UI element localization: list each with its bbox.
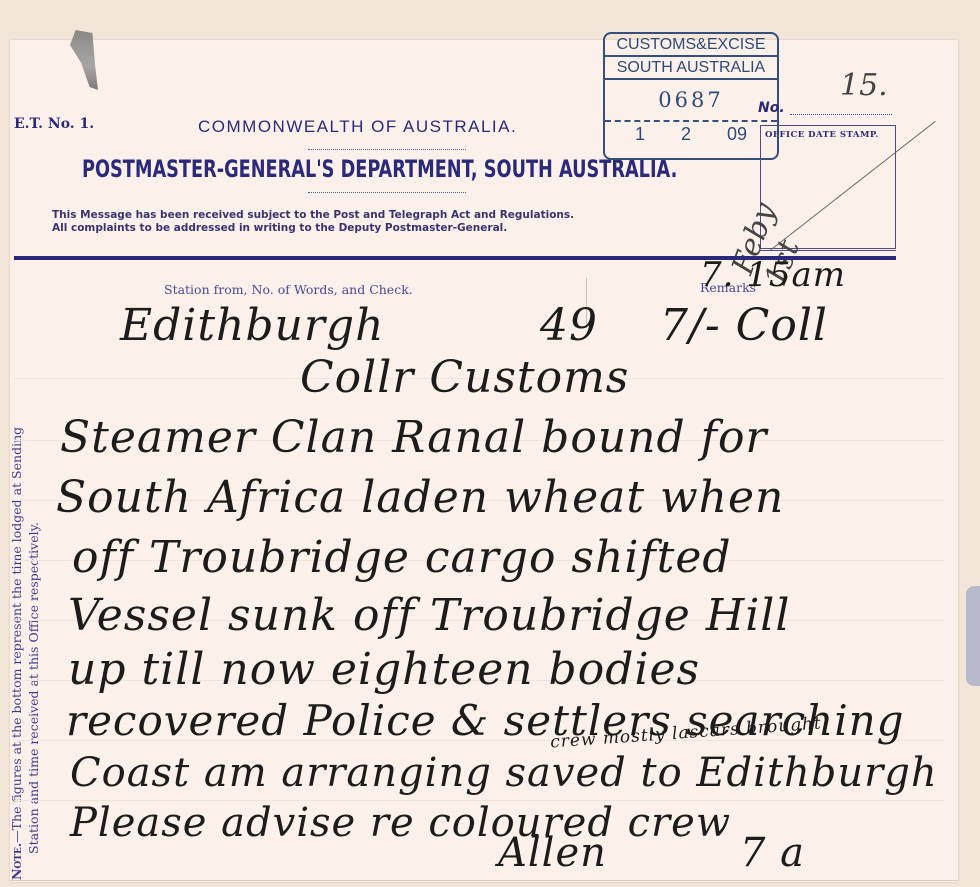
side-note: Note.—The figures at the bottom represen… (8, 427, 42, 880)
customs-stamp-date: 1 2 09 (605, 122, 777, 145)
notice-line-2: All complaints to be addressed in writin… (52, 222, 574, 235)
number-dotted-line (790, 114, 892, 115)
side-note-line2: Station and time received at this Office… (25, 427, 42, 880)
customs-stamp-month: 2 (681, 124, 691, 145)
form-number: E.T. No. 1. (14, 116, 94, 132)
customs-stamp: CUSTOMS&EXCISE SOUTH AUSTRALIA 0687 1 2 … (603, 32, 779, 160)
heading-divider-top (308, 149, 466, 152)
office-date-stamp-box: OFFICE DATE STAMP. Feby 1st (760, 125, 896, 249)
legal-notice: This Message has been received subject t… (52, 209, 574, 235)
received-time: 7 a (740, 830, 805, 876)
office-date-stamp-label: OFFICE DATE STAMP. (765, 130, 879, 140)
customs-stamp-day: 1 (635, 124, 645, 145)
message-line: Coast am arranging saved to Edithburgh (70, 750, 938, 796)
customs-stamp-line1: CUSTOMS&EXCISE (605, 34, 777, 57)
station-field-label: Station from, No. of Words, and Check. (164, 282, 413, 297)
remarks-time: 7. 15am (700, 255, 846, 295)
message-signature: Allen (498, 830, 607, 876)
side-note-title: Note. (9, 843, 24, 880)
department-heading: POSTMASTER-GENERAL'S DEPARTMENT, SOUTH A… (82, 155, 677, 183)
number-label: No. (758, 100, 785, 116)
message-line: Please advise re coloured crew (70, 800, 731, 846)
message-station: Edithburgh (120, 300, 384, 351)
message-line: off Troubridge cargo shifted (72, 532, 732, 583)
government-heading: COMMONWEALTH OF AUSTRALIA. (198, 117, 517, 137)
message-word-count: 49 (540, 300, 598, 351)
date-box-underline (760, 250, 896, 251)
message-line: South Africa laden wheat when (56, 472, 784, 523)
customs-stamp-year: 09 (727, 124, 747, 145)
number-value: 15. (840, 68, 888, 103)
message-line: up till now eighteen bodies (68, 644, 700, 695)
notice-line-1: This Message has been received subject t… (52, 209, 574, 222)
heading-divider-bottom (308, 192, 466, 195)
customs-stamp-line2: SOUTH AUSTRALIA (605, 57, 777, 80)
customs-stamp-number: 0687 (605, 80, 777, 122)
message-check: 7/- Coll (660, 300, 828, 351)
message-addressee: Collr Customs (300, 352, 629, 403)
message-line: Steamer Clan Ranal bound for (60, 412, 767, 463)
side-note-line1: —The figures at the bottom represent the… (9, 427, 24, 843)
message-line: Vessel sunk off Troubridge Hill (68, 590, 790, 641)
attached-tab (966, 586, 980, 686)
sheet-bottom-edge (10, 880, 958, 881)
